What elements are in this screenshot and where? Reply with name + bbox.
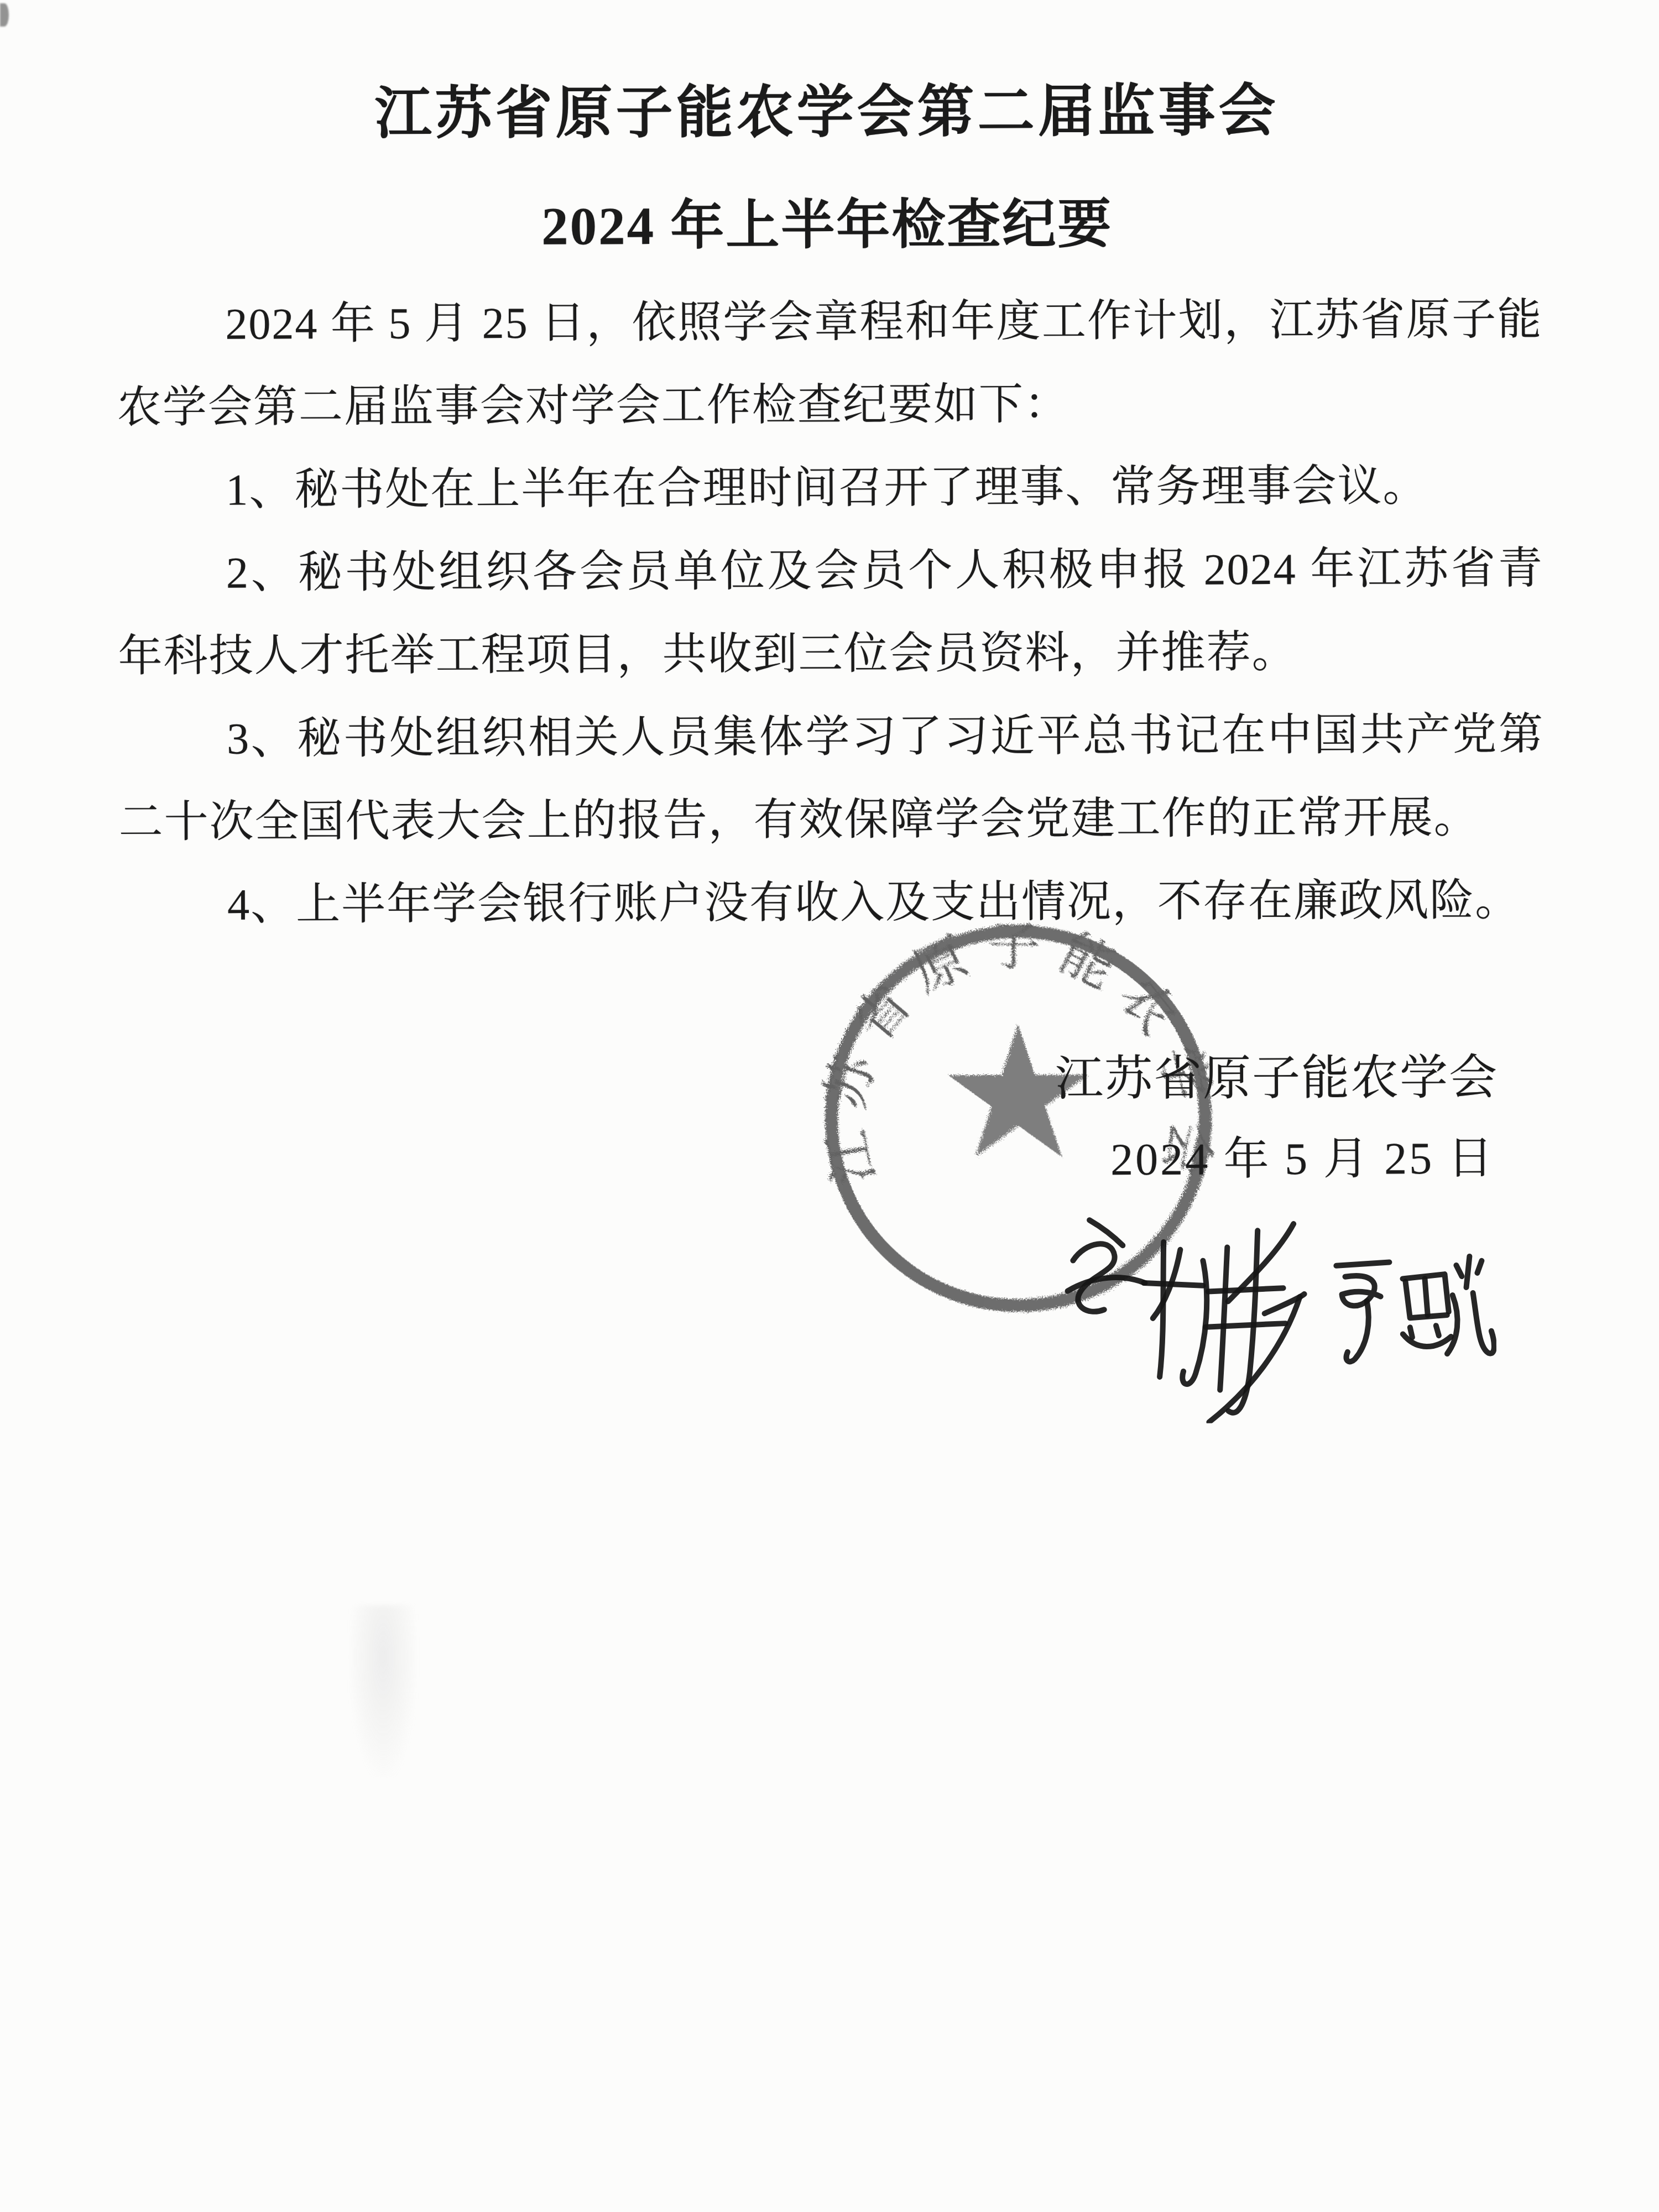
document-sheet: 江苏省原子能农学会第二届监事会 2024 年上半年检查纪要 2024 年 5 月… <box>0 0 1659 2212</box>
scanned-document-page: 江苏省原子能农学会第二届监事会 2024 年上半年检查纪要 2024 年 5 月… <box>0 0 1659 2212</box>
scan-smudge <box>350 1605 417 1777</box>
handwritten-signature-2 <box>1327 1245 1496 1392</box>
handwritten-signature-1 <box>1061 1207 1310 1424</box>
body-paragraph-intro: 2024 年 5 月 25 日，依照学会章程和年度工作计划，江苏省原子能农学会第… <box>117 278 1543 449</box>
document-title: 江苏省原子能农学会第二届监事会 <box>0 64 1656 151</box>
body-paragraph-item-3: 3、秘书处组织相关人员集体学习了习近平总书记在中国共产党第二十次全国代表大会上的… <box>118 693 1545 864</box>
closing-organization: 江苏省原子能农学会 <box>1055 1037 1499 1120</box>
document-subtitle: 2024 年上半年检查纪要 <box>0 179 1657 262</box>
body-paragraph-item-1: 1、秘书处在上半年在合理时间召开了理事、常务理事会议。 <box>117 444 1543 532</box>
signature-1-strokes <box>1067 1219 1305 1422</box>
closing-block: 江苏省原子能农学会 2024 年 5 月 25 日 <box>1055 1037 1499 1201</box>
closing-date: 2024 年 5 月 25 日 <box>1055 1118 1499 1201</box>
document-body: 2024 年 5 月 25 日，依照学会章程和年度工作计划，江苏省原子能农学会第… <box>117 278 1545 947</box>
body-paragraph-item-2: 2、秘书处组织各会员单位及会员个人积极申报 2024 年江苏省青年科技人才托举工… <box>118 527 1544 698</box>
signature-2-strokes <box>1336 1256 1494 1362</box>
